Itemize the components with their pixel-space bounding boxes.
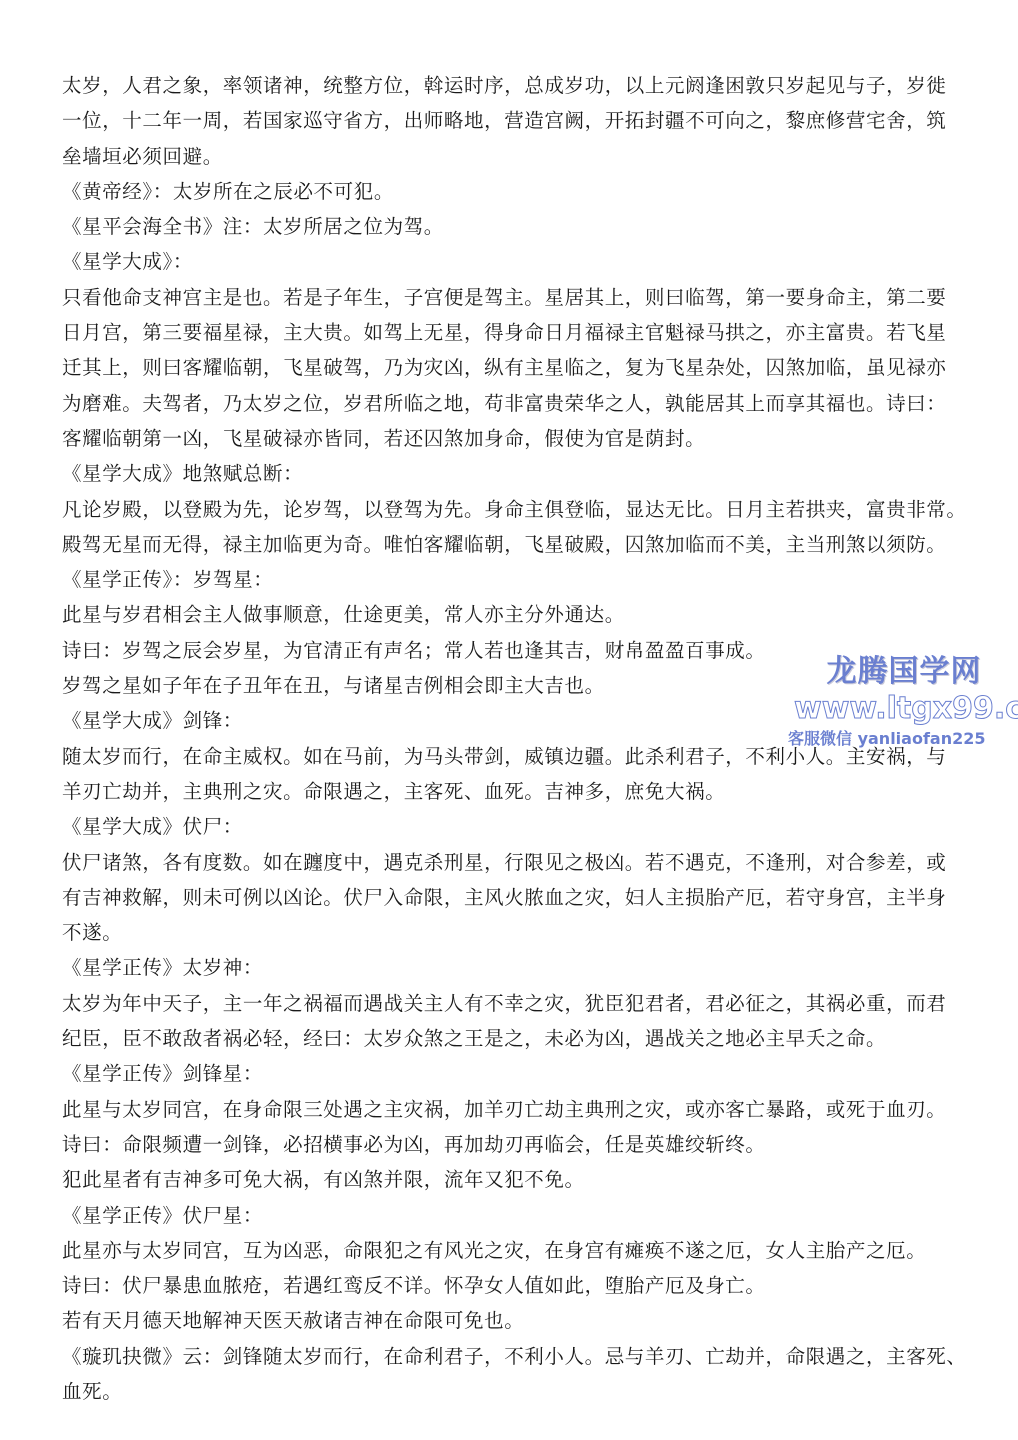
citation-heading: 《星学正传》伏尸星： — [62, 1198, 962, 1233]
body-text-line: 纪臣，臣不敢敌者祸必轻，经曰：太岁众煞之王是之，未必为凶，遇战关之地必主早夭之命… — [62, 1021, 962, 1056]
poem-line: 诗曰：伏尸暴患血脓疮，若遇红鸾反不详。怀孕女人值如此，堕胎产厄及身亡。 — [62, 1268, 962, 1303]
body-text-line: 此星亦与太岁同宫，互为凶恶，命限犯之有风光之灾，在身宫有瘫痪不遂之厄，女人主胎产… — [62, 1233, 962, 1268]
citation-heading: 《星学正传》太岁神： — [62, 950, 962, 985]
poem-line: 诗曰：岁驾之辰会岁星，为官清正有声名；常人若也逢其吉，财帛盈盈百事成。 — [62, 633, 962, 668]
body-text-line: 血死。 — [62, 1374, 962, 1409]
body-text-line: 太岁，人君之象，率领诸神，统整方位，斡运时序，总成岁功，以上元阏逢困敦只岁起见与… — [62, 68, 962, 103]
citation-heading: 《星学大成》剑锋： — [62, 703, 962, 738]
citation-heading: 《璇玑抉微》云：剑锋随太岁而行，在命利君子，不利小人。忌与羊刃、亡劫并，命限遇之… — [62, 1339, 962, 1374]
body-text-line: 羊刃亡劫并，主典刑之灾。命限遇之，主客死、血死。吉神多，庶免大祸。 — [62, 774, 962, 809]
body-text-line: 伏尸诸煞，各有度数。如在躔度中，遇克杀刑星，行限见之极凶。若不遇克，不逢刑，对合… — [62, 845, 962, 880]
citation-heading: 《黄帝经》：太岁所在之辰必不可犯。 — [62, 174, 962, 209]
body-text-line: 随太岁而行，在命主威权。如在马前，为马头带剑，威镇边疆。此杀利君子，不利小人。主… — [62, 739, 962, 774]
citation-heading: 《星学正传》剑锋星： — [62, 1056, 962, 1091]
poem-line: 客耀临朝第一凶，飞星破禄亦皆同，若还囚煞加身命，假使为官是荫封。 — [62, 421, 962, 456]
body-text-line: 只看他命支神宫主是也。若是子年生，子宫便是驾主。星居其上，则曰临驾，第一要身命主… — [62, 280, 962, 315]
body-text-line: 犯此星者有吉神多可免大祸，有凶煞并限，流年又犯不免。 — [62, 1162, 962, 1197]
poem-line: 诗曰：命限频遭一剑锋，必招横事必为凶，再加劫刃再临会，任是英雄绞斩终。 — [62, 1127, 962, 1162]
body-text-line: 垒墙垣必须回避。 — [62, 139, 962, 174]
document-page: 太岁，人君之象，率领诸神，统整方位，斡运时序，总成岁功，以上元阏逢困敦只岁起见与… — [62, 68, 962, 1409]
body-text-line: 凡论岁殿，以登殿为先，论岁驾，以登驾为先。身命主俱登临，显达无比。日月主若拱夹，… — [62, 492, 962, 527]
citation-heading: 《星学大成》： — [62, 244, 962, 279]
body-text-line: 此星与岁君相会主人做事顺意，仕途更美，常人亦主分外通达。 — [62, 597, 962, 632]
body-text-line: 为磨难。夫驾者，乃太岁之位，岁君所临之地，苟非富贵荣华之人，孰能居其上而享其福也… — [62, 386, 962, 421]
body-text-line: 一位，十二年一周，若国家巡守省方，出师略地，营造宫阙，开拓封疆不可向之，黎庶修营… — [62, 103, 962, 138]
citation-heading: 《星学大成》地煞赋总断： — [62, 456, 962, 491]
body-text-line: 日月宫，第三要福星禄，主大贵。如驾上无星，得身命日月福禄主官魁禄马拱之，亦主富贵… — [62, 315, 962, 350]
citation-heading: 《星平会海全书》注：太岁所居之位为驾。 — [62, 209, 962, 244]
body-text-line: 不遂。 — [62, 915, 962, 950]
body-text-line: 殿驾无星而无得，禄主加临更为奇。唯怕客耀临朝，飞星破殿，囚煞加临而不美，主当刑煞… — [62, 527, 962, 562]
body-text-line: 迁其上，则曰客耀临朝，飞星破驾，乃为灾凶，纵有主星临之，复为飞星杂处，囚煞加临，… — [62, 350, 962, 385]
body-text-line: 有吉神救解，则未可例以凶论。伏尸入命限，主风火脓血之灾，妇人主损胎产厄，若守身宫… — [62, 880, 962, 915]
body-text-line: 太岁为年中天子，主一年之祸福而遇战关主人有不幸之灾，犹臣犯君者，君必征之，其祸必… — [62, 986, 962, 1021]
body-text-line: 此星与太岁同宫，在身命限三处遇之主灾祸，加羊刃亡劫主典刑之灾，或亦客亡暴路，或死… — [62, 1092, 962, 1127]
body-text-line: 若有天月德天地解神天医天赦诸吉神在命限可免也。 — [62, 1303, 962, 1338]
citation-heading: 《星学正传》：岁驾星： — [62, 562, 962, 597]
body-text-line: 岁驾之星如子年在子丑年在丑，与诸星吉例相会即主大吉也。 — [62, 668, 962, 703]
citation-heading: 《星学大成》伏尸： — [62, 809, 962, 844]
